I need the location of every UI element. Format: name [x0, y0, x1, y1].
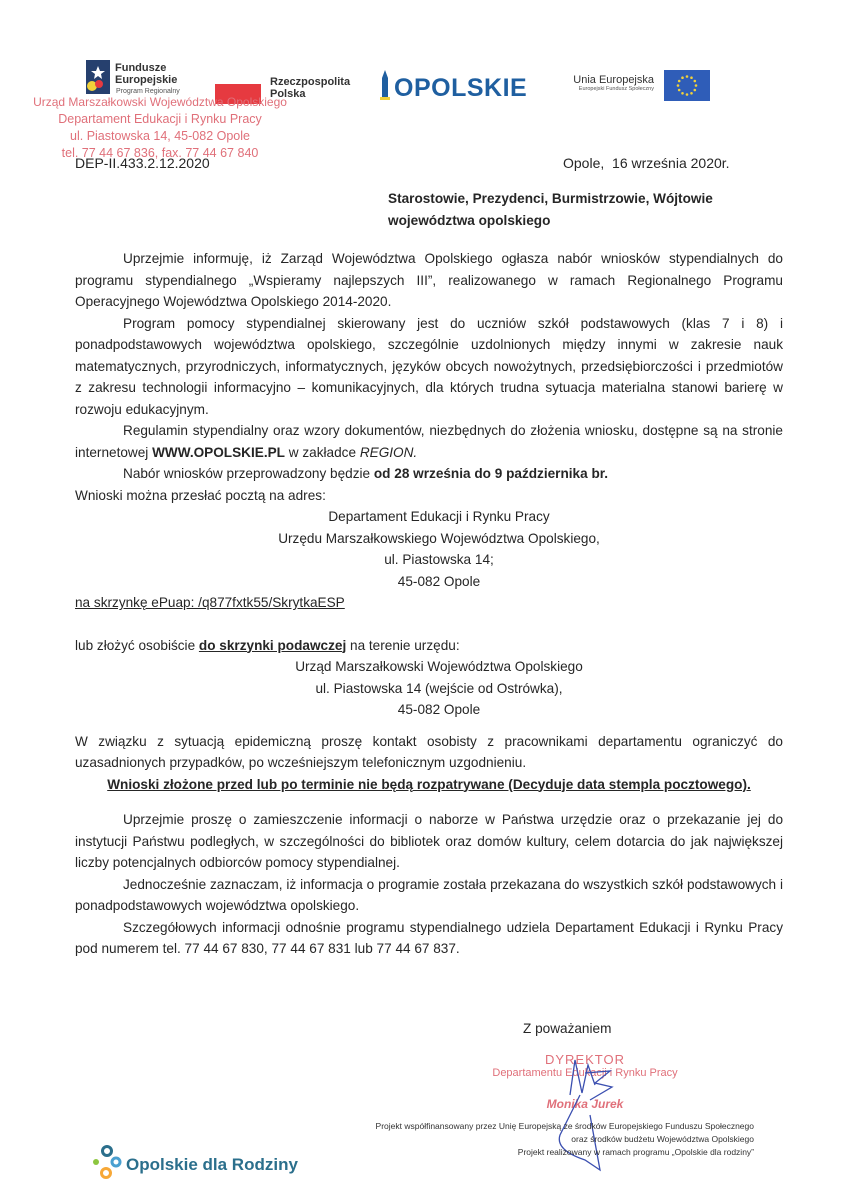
address-block-1: Departament Edukacji i Rynku Pracy Urzęd… [75, 506, 783, 592]
paragraph-schools: Jednocześnie zaznaczam, iż informacja o … [75, 874, 783, 917]
address1-line: Urzędu Marszałkowskiego Województwa Opol… [95, 528, 783, 550]
addressee-line1: Starostowie, Prezydenci, Burmistrzowie, … [388, 188, 713, 210]
paragraph-intro: Uprzejmie informuję, iż Zarząd Województ… [75, 248, 783, 313]
fe-star-icon [86, 60, 110, 94]
epuap-address[interactable]: na skrzynkę ePuap: /q877fxtk55/SkrytkaES… [75, 592, 783, 614]
paragraph-dates: Nabór wniosków przeprowadzony będzie od … [75, 463, 783, 485]
address2-line: ul. Piastowska 14 (wejście od Ostrówka), [95, 678, 783, 700]
letter-date: Opole, 16 września 2020r. [563, 153, 730, 175]
ue-line1: Unia Europejska [560, 74, 654, 86]
stamp-line3: ul. Piastowska 14, 45-082 Opole [30, 128, 290, 145]
inbox-emphasis: do skrzynki podawczej [199, 638, 346, 653]
footer-note: Projekt współfinansowany przez Unię Euro… [280, 1120, 754, 1159]
fundusze-europejskie-logo: Fundusze Europejskie Program Regionalny [86, 60, 226, 96]
stamp-line1: Urząd Marszałkowski Województwa Opolskie… [30, 94, 290, 111]
address1-line: 45-082 Opole [95, 571, 783, 593]
inperson-text: lub złożyć osobiście [75, 638, 199, 653]
ue-line2: Europejski Fundusz Społeczny [560, 86, 654, 92]
footer-line2: oraz środków budżetu Województwa Opolski… [280, 1133, 754, 1146]
paragraph-request: Uprzejmie proszę o zamieszczenie informa… [75, 809, 783, 874]
regulations-text-2: w zakładce [285, 445, 360, 460]
ue-text: Unia Europejska Europejski Fundusz Społe… [560, 74, 654, 92]
address-block-2: Urząd Marszałkowski Województwa Opolskie… [75, 656, 783, 721]
stamp-line2: Departament Edukacji i Rynku Pracy [30, 111, 290, 128]
paragraph-program: Program pomocy stypendialnej skierowany … [75, 313, 783, 421]
inperson-text-2: na terenie urzędu: [346, 638, 459, 653]
eu-flag-icon [664, 70, 710, 101]
paragraph-epidemic: W związku z sytuacją epidemiczną proszę … [75, 731, 783, 774]
letter-body: Uprzejmie informuję, iż Zarząd Województ… [75, 248, 783, 960]
opolskie-label: OPOLSKIE [394, 74, 527, 103]
fe-line1: Fundusze [115, 62, 166, 74]
paragraph-contact: Szczegółowych informacji odnośnie progra… [75, 917, 783, 960]
footer-line1: Projekt współfinansowany przez Unię Euro… [280, 1120, 754, 1133]
rp-line1: Rzeczpospolita [270, 76, 350, 88]
footer-line3: Projekt realizowany w ramach programu „O… [280, 1146, 754, 1159]
address2-line: 45-082 Opole [95, 699, 783, 721]
tower-icon [380, 70, 390, 100]
office-stamp: Urząd Marszałkowski Województwa Opolskie… [30, 94, 290, 162]
deadline-warning: Wnioski złożone przed lub po terminie ni… [75, 774, 783, 796]
closing: Z poważaniem [523, 1018, 611, 1040]
fe-line2: Europejskie [115, 74, 177, 86]
addressee-line2: województwa opolskiego [388, 210, 713, 232]
paragraph-regulations: Regulamin stypendialny oraz wzory dokume… [75, 420, 783, 463]
address1-line: ul. Piastowska 14; [95, 549, 783, 571]
paragraph-inperson: lub złożyć osobiście do skrzynki podawcz… [75, 635, 783, 657]
family-dots-icon [92, 1145, 122, 1179]
region-tab: REGION. [360, 445, 417, 460]
dates-text: Nabór wniosków przeprowadzony będzie [123, 466, 374, 481]
address1-line: Departament Edukacji i Rynku Pracy [95, 506, 783, 528]
addressee: Starostowie, Prezydenci, Burmistrzowie, … [388, 188, 713, 231]
paragraph-mail: Wnioski można przesłać pocztą na adres: [75, 485, 783, 507]
dates-range: od 28 września do 9 października br. [374, 466, 608, 481]
address2-line: Urząd Marszałkowski Województwa Opolskie… [95, 656, 783, 678]
odr-label: Opolskie dla Rodziny [126, 1155, 298, 1175]
website-link[interactable]: WWW.OPOLSKIE.PL [152, 445, 285, 460]
reference-number: DEP-II.433.2.12.2020 [75, 153, 210, 175]
